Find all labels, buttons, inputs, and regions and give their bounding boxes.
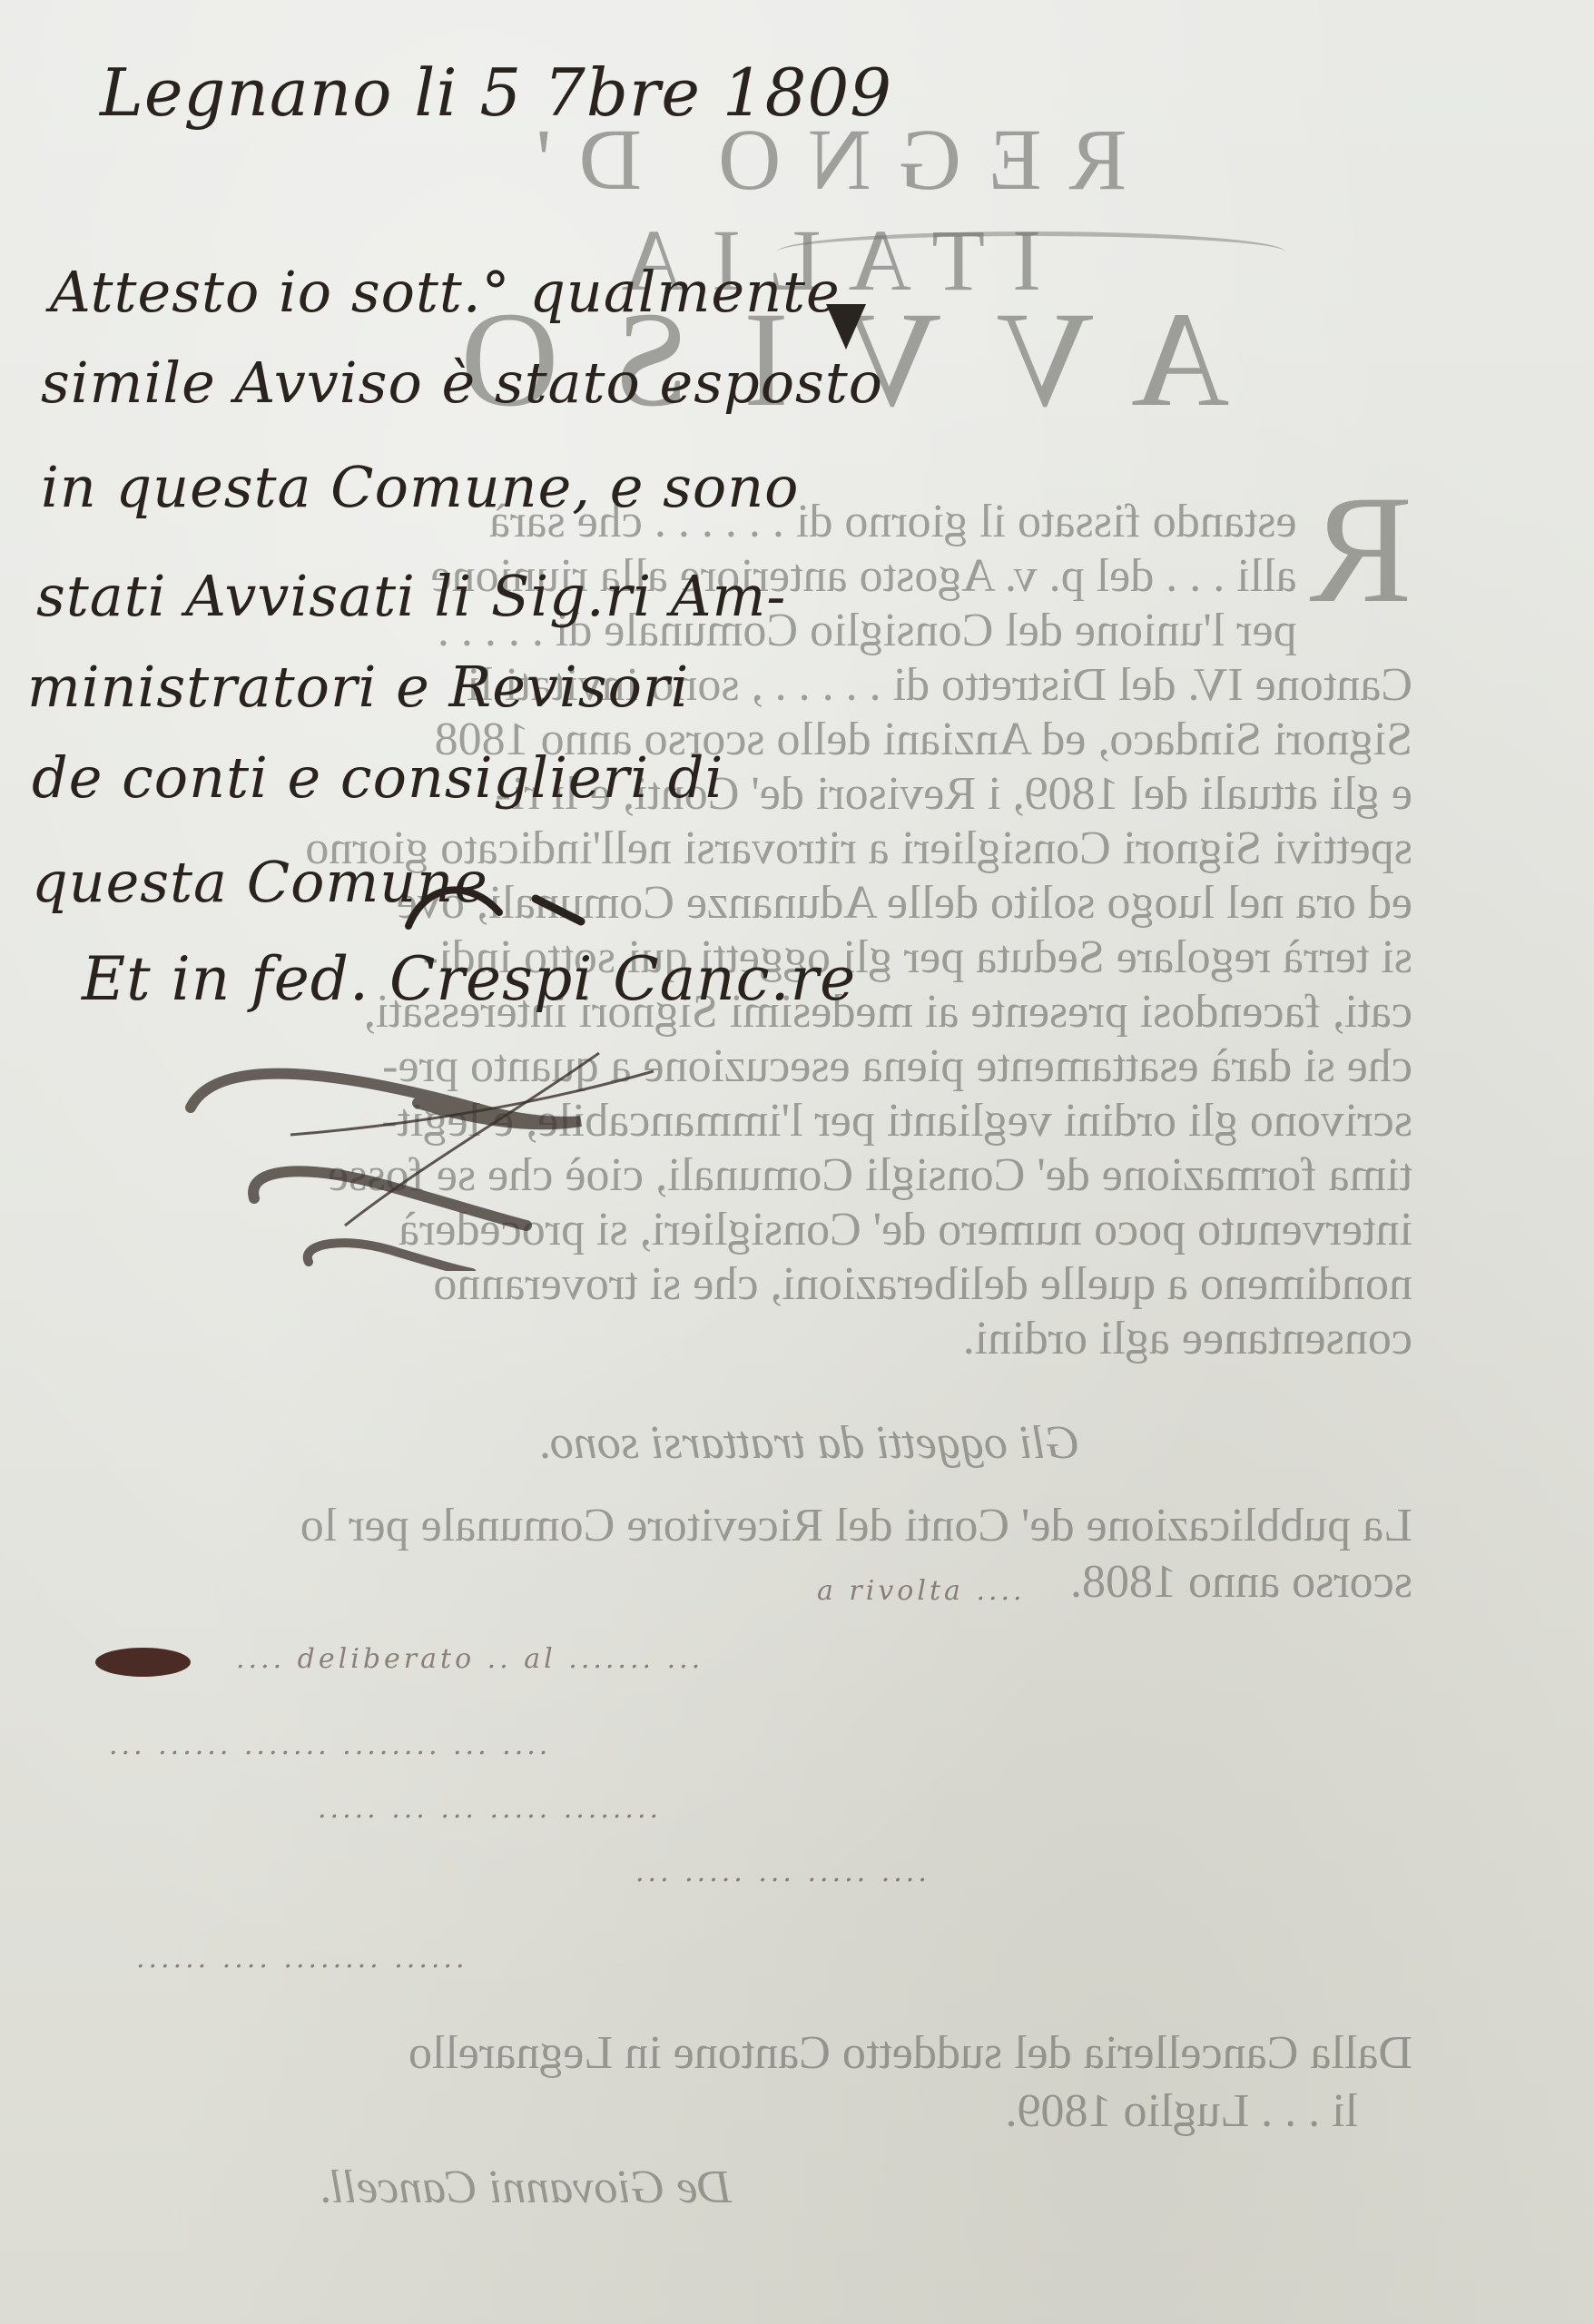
- faint-handwriting-line: a rivolta ....: [817, 1575, 1026, 1607]
- handwritten-line: simile Avviso è stato esposto: [41, 350, 883, 416]
- print-flourish-divider: [777, 231, 1285, 272]
- handwritten-line: ministratori e Revisori: [27, 654, 689, 720]
- handwritten-line: Attesto io sott.° qualmente: [50, 259, 841, 325]
- faint-handwriting-line: ... ..... ... ..... ....: [635, 1856, 930, 1888]
- faint-handwriting-line: ... ...... ....... ........ ... ....: [109, 1729, 551, 1761]
- signature-flourish-icon: [163, 1017, 799, 1271]
- underline-flourish-icon: [399, 871, 608, 935]
- print-subheading: Gli oggetti da trattarsi sono.: [205, 1416, 1412, 1470]
- print-closing: Dalla Cancelleria del suddetto Cantone i…: [205, 2024, 1412, 2141]
- faint-handwriting-line: .... deliberato .. al ....... ...: [236, 1643, 704, 1675]
- print-agenda-item: La pubblicazione de' Conti del Ricevitor…: [205, 1498, 1412, 1610]
- faint-handwriting-line: ...... .... ........ ......: [136, 1943, 467, 1974]
- print-body-line: consentanee agli ordini.: [205, 1312, 1412, 1366]
- handwritten-line: stati Avvisati li Sig.ri Am-: [36, 563, 786, 629]
- print-closing-line: Dalla Cancelleria del suddetto Cantone i…: [205, 2024, 1412, 2083]
- print-dropcap: R: [1310, 486, 1412, 613]
- faint-handwriting-line: ..... ... ... ..... ........: [318, 1793, 662, 1825]
- handwritten-dateline: Legnano li 5 7bre 1809: [100, 54, 892, 131]
- handwritten-line: de conti e consiglieri di: [32, 744, 723, 811]
- ink-blot: [95, 1648, 191, 1677]
- print-closing-line: li . . . Luglio 1809.: [205, 2083, 1412, 2141]
- handwritten-line: in questa Comune, e sono: [41, 454, 800, 520]
- print-signature: De Giovanni Cancell.: [319, 2161, 732, 2214]
- handwritten-signature: Et in fed. Crespi Canc.re: [82, 944, 856, 1014]
